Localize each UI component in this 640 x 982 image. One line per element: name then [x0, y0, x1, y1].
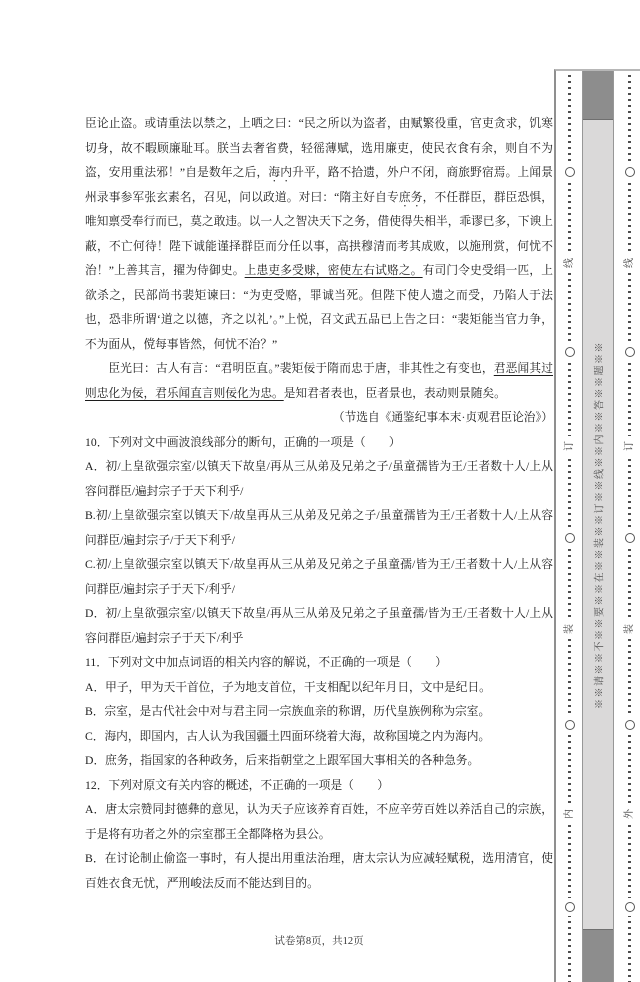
- question-option: B．在讨论制止偷盗一事时，有人提出用重法治理，唐太宗认为应减轻赋税，选用清官，使…: [85, 847, 553, 896]
- question-option: A．甲子，甲为天干首位，子为地支首位，干支相配以纪年月日，文中是纪日。: [85, 676, 553, 701]
- binding-circle: [564, 529, 576, 547]
- binding-circle: [624, 716, 636, 734]
- binding-circle: [624, 343, 636, 361]
- dotted-term: 庶务: [399, 191, 423, 204]
- binding-circle: [564, 898, 576, 916]
- exam-content-column: 臣论止盗。或请重法以禁之，上哂之曰：“民之所以为盗者，由赋繁役重，官吏贪求，饥寒…: [85, 112, 553, 896]
- question-option: D．初/上皇欲强宗室/以镇天下故皇/再从三从弟及兄弟之子虽童孺/皆为王/王者数十…: [85, 602, 553, 651]
- binding-circle: [624, 898, 636, 916]
- question-option: A．初/上皇欲强宗室/以镇天下故皇/再从三从弟及兄弟之子/虽童孺皆为王/王者数十…: [85, 455, 553, 504]
- passage-text: 是知君者表也，臣者景也，表动则景随矣。: [284, 387, 506, 400]
- binding-circle: [564, 716, 576, 734]
- passage-text: 臣光曰：古人有言：“君明臣直。”裴矩佞于隋而忠于唐，非其性之有变也，: [108, 362, 493, 375]
- question-option: C.初/上皇欲强宗室以镇天下/故皇再从三从弟及兄弟之子虽童孺/皆为王/王者数十人…: [85, 553, 553, 602]
- binding-strip: ※※请※※不※※要※※在※※装※※订※※线※※内※※答※※题※※: [582, 71, 614, 982]
- question-option: D．庶务，指国家的各种政务，后来指朝堂之上跟军国大事相关的各种急务。: [85, 749, 553, 774]
- binding-line-char: 订: [564, 436, 576, 456]
- question-option: B．宗室，是古代社会中对与君主同一宗族血亲的称谓，历代皇族例称为宗室。: [85, 700, 553, 725]
- binding-circle: [624, 529, 636, 547]
- question-option: A．唐太宗赞同封德彝的意见，认为天子应该养育百姓，不应辛劳百姓以养活自己的宗族，…: [85, 798, 553, 847]
- classical-passage: 臣论止盗。或请重法以禁之，上哂之曰：“民之所以为盗者，由赋繁役重，官吏贪求，饥寒…: [85, 112, 553, 406]
- binding-line-char: 装: [564, 619, 576, 639]
- question-stem: 11．下列对文中加点词语的相关内容的解说，不正确的一项是（ ）: [85, 651, 553, 676]
- binding-dash-line-right: 线订装外: [628, 75, 631, 982]
- passage-source-citation: （节选自《通鉴纪事本末·贞观君臣论治》）: [85, 406, 553, 431]
- binding-warning-text: ※※请※※不※※要※※在※※装※※订※※线※※内※※答※※题※※: [591, 341, 606, 709]
- binding-line-char: 线: [564, 253, 576, 273]
- binding-circle: [564, 343, 576, 361]
- binding-line-char: 装: [624, 619, 636, 639]
- dotted-term: 海内: [268, 166, 292, 179]
- question-stem: 12．下列对原文有关内容的概述，不正确的一项是（ ）: [85, 774, 553, 799]
- question-stem: 10．下列对文中画波浪线部分的断句，正确的一项是（ ）: [85, 431, 553, 456]
- binding-strip-bottom-block: [583, 929, 613, 982]
- page-footer: 试卷第8页，共12页: [85, 933, 553, 948]
- binding-line-char: 外: [624, 804, 636, 824]
- binding-strip-top-block: [583, 71, 613, 120]
- underlined-phrase: 上患吏多受赇，密使左右试赂之。: [245, 264, 423, 277]
- passage-paragraph: 臣论止盗。或请重法以禁之，上哂之曰：“民之所以为盗者，由赋繁役重，官吏贪求，饥寒…: [85, 112, 553, 357]
- passage-paragraph: 臣光曰：古人有言：“君明臣直。”裴矩佞于隋而忠于唐，非其性之有变也，君恶闻其过则…: [85, 357, 553, 406]
- question-option: C．海内，即国内，古人认为我国疆土四面环绕着大海，故称国境之内为海内。: [85, 725, 553, 750]
- binding-dash-line-left: 线订装内: [568, 75, 571, 982]
- binding-line-char: 订: [624, 436, 636, 456]
- binding-circle: [564, 163, 576, 181]
- binding-margin: 线订装内 ※※请※※不※※要※※在※※装※※订※※线※※内※※答※※题※※ 线订…: [554, 69, 640, 982]
- binding-circle: [624, 163, 636, 181]
- binding-line-char: 内: [564, 804, 576, 824]
- questions-section: 10．下列对文中画波浪线部分的断句，正确的一项是（ ）A．初/上皇欲强宗室/以镇…: [85, 431, 553, 897]
- binding-line-char: 线: [624, 253, 636, 273]
- question-option: B.初/上皇欲强宗室以镇天下/故皇再从三从弟及兄弟之子/虽童孺皆为王/王者数十人…: [85, 504, 553, 553]
